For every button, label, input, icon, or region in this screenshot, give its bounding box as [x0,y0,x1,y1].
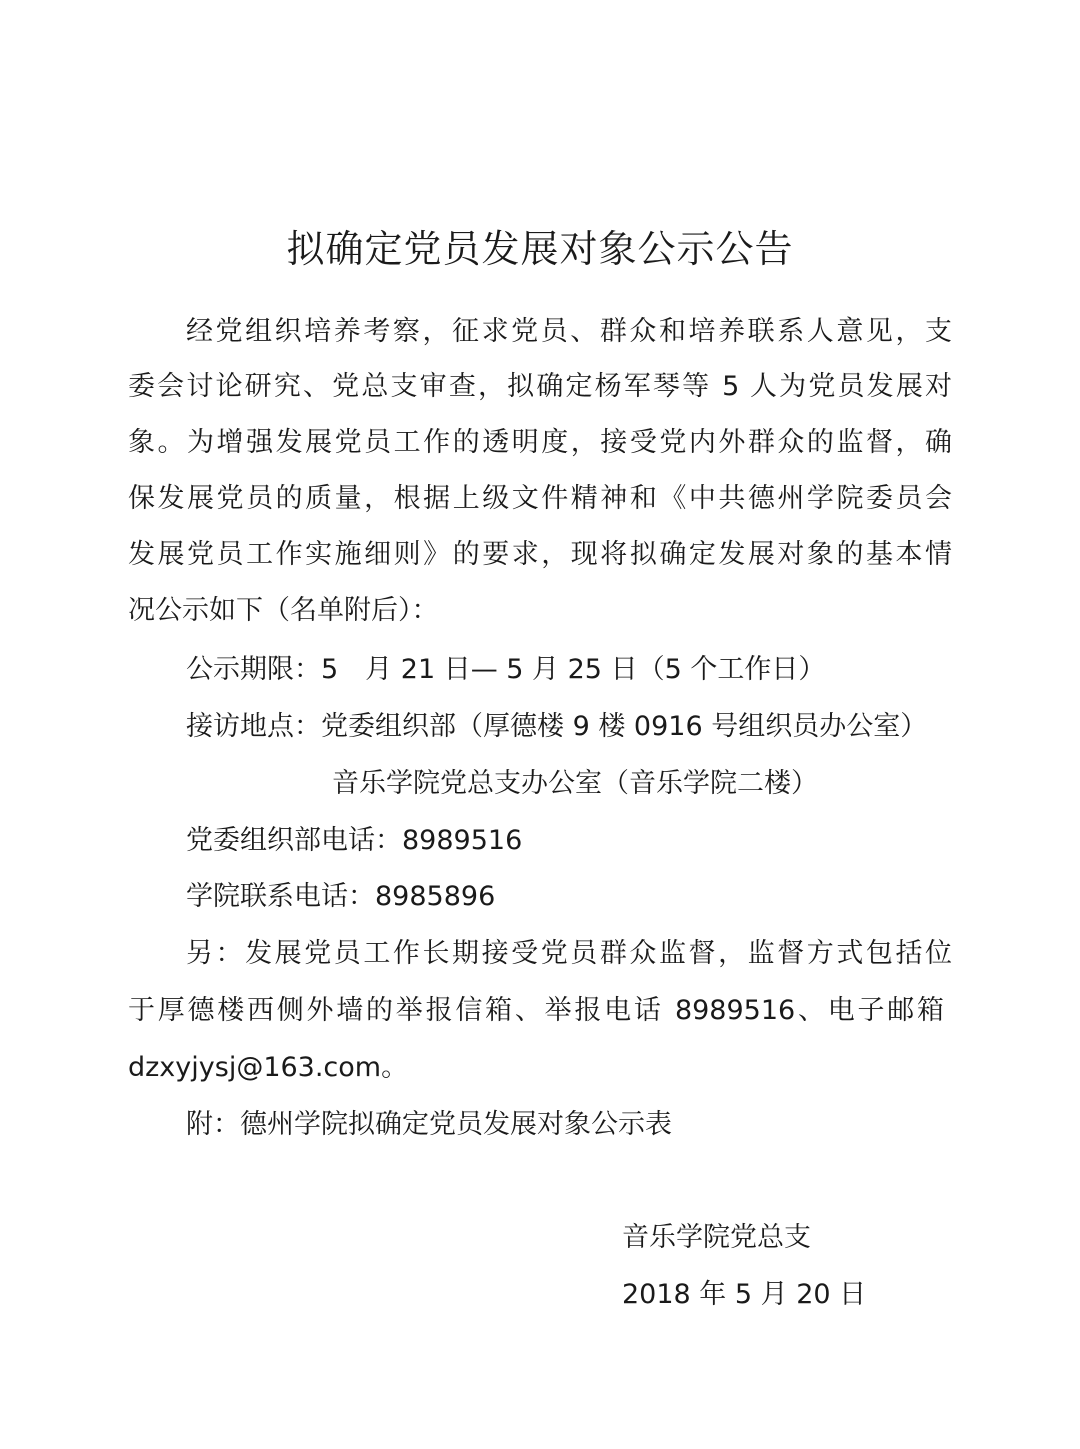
college-phone: 学院联系电话：8985896 [186,877,495,917]
party-committee-phone-value: 8989516 [402,825,522,856]
intro-line: 象。为增强发展党员工作的透明度，接受党内外群众的监督，确 [128,423,952,463]
reception-location-value-2: 音乐学院党总支办公室（音乐学院二楼） [332,764,818,804]
intro-line: 况公示如下（名单附后）： [128,591,439,631]
attachment-note: 附：德州学院拟确定党员发展对象公示表 [186,1105,672,1145]
college-phone-label: 学院联系电话： [186,881,375,912]
document-title: 拟确定党员发展对象公示公告 [0,222,1080,276]
reception-location-label: 接访地点： [186,711,321,742]
notice-page: 拟确定党员发展对象公示公告 经党组织培养考察，征求党员、群众和培养联系人意见，支… [0,0,1080,1449]
intro-line: 发展党员工作实施细则》的要求，现将拟确定发展对象的基本情 [128,535,952,575]
party-committee-phone: 党委组织部电话：8989516 [186,821,522,861]
signature-organization: 音乐学院党总支 [622,1218,811,1258]
email-line: dzxyjysj@163.com。 [128,1048,408,1088]
intro-line: 委会讨论研究、党总支审查，拟确定杨军琴等 5 人为党员发展对 [128,367,952,407]
additional-line: 另：发展党员工作长期接受党员群众监督，监督方式包括位 [186,934,952,974]
publicity-period: 公示期限：5 月 21 日— 5 月 25 日（5 个工作日） [186,650,825,690]
publicity-period-label: 公示期限： [186,654,321,685]
party-committee-phone-label: 党委组织部电话： [186,825,402,856]
reception-location-value-1: 党委组织部（厚德楼 9 楼 0916 号组织员办公室） [321,711,927,742]
college-phone-value: 8985896 [375,881,495,912]
intro-line: 保发展党员的质量，根据上级文件精神和《中共德州学院委员会 [128,479,952,519]
reception-location: 接访地点：党委组织部（厚德楼 9 楼 0916 号组织员办公室） [186,707,927,747]
signature-date: 2018 年 5 月 20 日 [622,1275,866,1315]
publicity-period-value: 5 月 21 日— 5 月 25 日（5 个工作日） [321,654,825,685]
additional-line: 于厚德楼西侧外墙的举报信箱、举报电话 8989516、电子邮箱 [128,991,944,1031]
intro-line: 经党组织培养考察，征求党员、群众和培养联系人意见，支 [186,312,952,352]
